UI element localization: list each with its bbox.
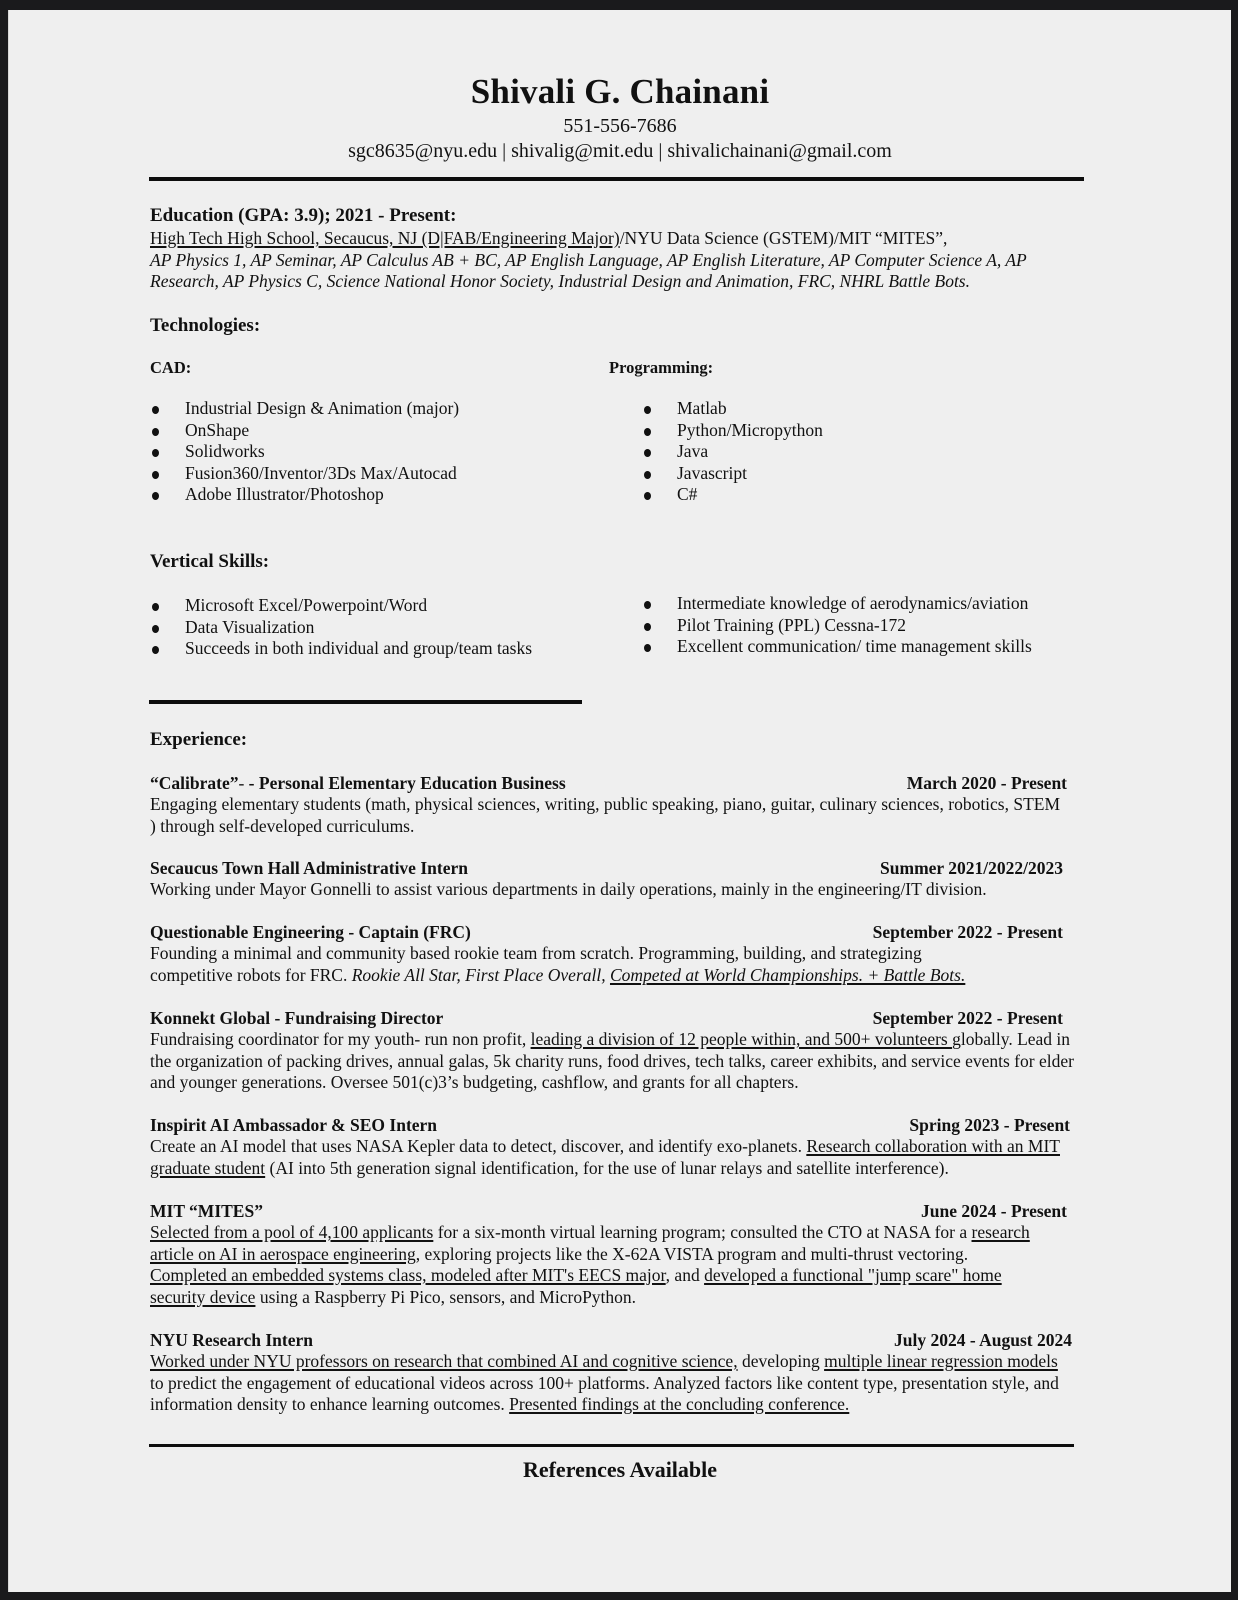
job-header: Secaucus Town Hall Administrative Intern… — [150, 858, 1063, 879]
job-dates: September 2022 - Present — [873, 1008, 1063, 1029]
bullet-icon — [644, 449, 651, 457]
job-inspirit-ai: Inspirit AI Ambassador & SEO Intern Spri… — [150, 1115, 1070, 1179]
job-header: NYU Research Intern July 2024 - August 2… — [150, 1330, 1072, 1351]
job-title: Inspirit AI Ambassador & SEO Intern — [150, 1115, 437, 1136]
education-title: Education (GPA: 3.9); 2021 - Present: — [150, 205, 1085, 227]
cad-title: CAD: — [150, 358, 590, 378]
education-courses: AP Physics 1, AP Seminar, AP Calculus AB… — [150, 250, 1085, 293]
bullet-icon — [152, 603, 159, 611]
references-available: References Available — [9, 1457, 1231, 1483]
job-header: Questionable Engineering - Captain (FRC)… — [150, 922, 1063, 943]
header-divider — [149, 177, 1084, 181]
list-item: Data Visualization — [150, 617, 590, 639]
list-item: C# — [642, 484, 1069, 506]
job-dates: June 2024 - Present — [921, 1201, 1067, 1222]
list-item: Matlab — [642, 398, 1069, 420]
job-header: “Calibrate”- - Personal Elementary Educa… — [150, 773, 1067, 794]
achievement-highlight: Competed at World Championships. + Battl… — [610, 965, 965, 985]
list-item: Pilot Training (PPL) Cessna-172 — [642, 615, 1102, 637]
bullet-icon — [152, 471, 159, 479]
list-item: Adobe Illustrator/Photoshop — [150, 484, 590, 506]
phone-number: 551-556-7686 — [9, 114, 1231, 138]
vertical-skills-left: Microsoft Excel/Powerpoint/Word Data Vis… — [150, 595, 590, 660]
vertical-skills-right: Intermediate knowledge of aerodynamics/a… — [642, 593, 1102, 658]
list-item: Industrial Design & Animation (major) — [150, 398, 590, 420]
job-description: Engaging elementary students (math, phys… — [150, 794, 1067, 837]
job-konnekt-global: Konnekt Global - Fundraising Director Se… — [150, 1008, 1063, 1094]
bullet-icon — [644, 428, 651, 436]
programming-list: Matlab Python/Micropython Java Javascrip… — [642, 398, 1069, 506]
bullet-icon — [152, 428, 159, 436]
list-item: Solidworks — [150, 441, 590, 463]
bullet-icon — [152, 625, 159, 633]
job-description: Selected from a pool of 4,100 applicants… — [150, 1222, 1067, 1308]
list-item: Python/Micropython — [642, 420, 1069, 442]
job-title: Secaucus Town Hall Administrative Intern — [150, 858, 468, 879]
education-section: Education (GPA: 3.9); 2021 - Present: Hi… — [150, 205, 1085, 293]
list-item: Java — [642, 441, 1069, 463]
programming-title: Programming: — [609, 358, 1069, 378]
list-item: Fusion360/Inventor/3Ds Max/Autocad — [150, 463, 590, 485]
bullet-icon — [644, 601, 651, 609]
job-title: Questionable Engineering - Captain (FRC) — [150, 922, 471, 943]
education-school: High Tech High School, Secaucus, NJ (D|F… — [150, 228, 1085, 250]
bullet-icon — [644, 644, 651, 652]
job-dates: Summer 2021/2022/2023 — [880, 858, 1063, 879]
resume-page: Shivali G. Chainani 551-556-7686 sgc8635… — [8, 10, 1231, 1592]
bullet-icon — [644, 471, 651, 479]
list-item: OnShape — [150, 420, 590, 442]
bullet-icon — [152, 492, 159, 500]
job-dates: March 2020 - Present — [907, 773, 1067, 794]
job-title: “Calibrate”- - Personal Elementary Educa… — [150, 773, 566, 794]
footer-divider — [149, 1444, 1074, 1447]
list-item: Intermediate knowledge of aerodynamics/a… — [642, 593, 1102, 615]
job-description: Fundraising coordinator for my youth- ru… — [150, 1029, 1075, 1094]
job-description: Create an AI model that uses NASA Kepler… — [150, 1136, 1070, 1179]
experience-section: Experience: — [150, 729, 1085, 751]
programming-column: Programming: Matlab Python/Micropython J… — [609, 358, 1069, 506]
technologies-title: Technologies: — [150, 315, 1085, 337]
job-title: Konnekt Global - Fundraising Director — [150, 1008, 443, 1029]
school-name: High Tech High School, Secaucus, NJ (D|F… — [150, 228, 620, 248]
job-dates: September 2022 - Present — [873, 922, 1063, 943]
bullet-icon — [644, 623, 651, 631]
vertical-skills-list-left: Microsoft Excel/Powerpoint/Word Data Vis… — [150, 595, 590, 660]
cad-list: Industrial Design & Animation (major) On… — [150, 398, 590, 506]
candidate-name: Shivali G. Chainani — [9, 72, 1231, 112]
list-item: Excellent communication/ time management… — [642, 636, 1102, 658]
bullet-icon — [644, 406, 651, 414]
job-nyu-research: NYU Research Intern July 2024 - August 2… — [150, 1330, 1072, 1416]
resume-header: Shivali G. Chainani 551-556-7686 sgc8635… — [9, 72, 1231, 164]
job-dates: Spring 2023 - Present — [909, 1115, 1070, 1136]
job-description: Founding a minimal and community based r… — [150, 943, 1063, 986]
job-dates: July 2024 - August 2024 — [894, 1330, 1072, 1351]
cad-column: CAD: Industrial Design & Animation (majo… — [150, 358, 590, 506]
job-title: NYU Research Intern — [150, 1330, 313, 1351]
job-town-hall: Secaucus Town Hall Administrative Intern… — [150, 858, 1063, 901]
bullet-icon — [152, 646, 159, 654]
section-divider — [149, 700, 582, 704]
job-mit-mites: MIT “MITES” June 2024 - Present Selected… — [150, 1201, 1067, 1308]
job-header: Inspirit AI Ambassador & SEO Intern Spri… — [150, 1115, 1070, 1136]
job-title: MIT “MITES” — [150, 1201, 263, 1222]
technologies-section: Technologies: — [150, 315, 1085, 337]
job-calibrate: “Calibrate”- - Personal Elementary Educa… — [150, 773, 1067, 837]
list-item: Microsoft Excel/Powerpoint/Word — [150, 595, 590, 617]
job-header: MIT “MITES” June 2024 - Present — [150, 1201, 1067, 1222]
job-header: Konnekt Global - Fundraising Director Se… — [150, 1008, 1063, 1029]
email-addresses: sgc8635@nyu.edu | shivalig@mit.edu | shi… — [9, 138, 1231, 164]
list-item: Javascript — [642, 463, 1069, 485]
experience-title: Experience: — [150, 729, 1085, 751]
job-description: Working under Mayor Gonnelli to assist v… — [150, 879, 1063, 901]
job-description: Worked under NYU professors on research … — [150, 1351, 1072, 1416]
bullet-icon — [644, 492, 651, 500]
school-programs: /NYU Data Science (GSTEM)/MIT “MITES”, — [620, 228, 948, 248]
vertical-skills-list-right: Intermediate knowledge of aerodynamics/a… — [642, 593, 1102, 658]
job-questionable-engineering: Questionable Engineering - Captain (FRC)… — [150, 922, 1063, 986]
bullet-icon — [152, 449, 159, 457]
vertical-skills-title: Vertical Skills: — [150, 551, 1085, 573]
bullet-icon — [152, 406, 159, 414]
vertical-skills-section: Vertical Skills: — [150, 551, 1085, 573]
list-item: Succeeds in both individual and group/te… — [150, 638, 590, 660]
